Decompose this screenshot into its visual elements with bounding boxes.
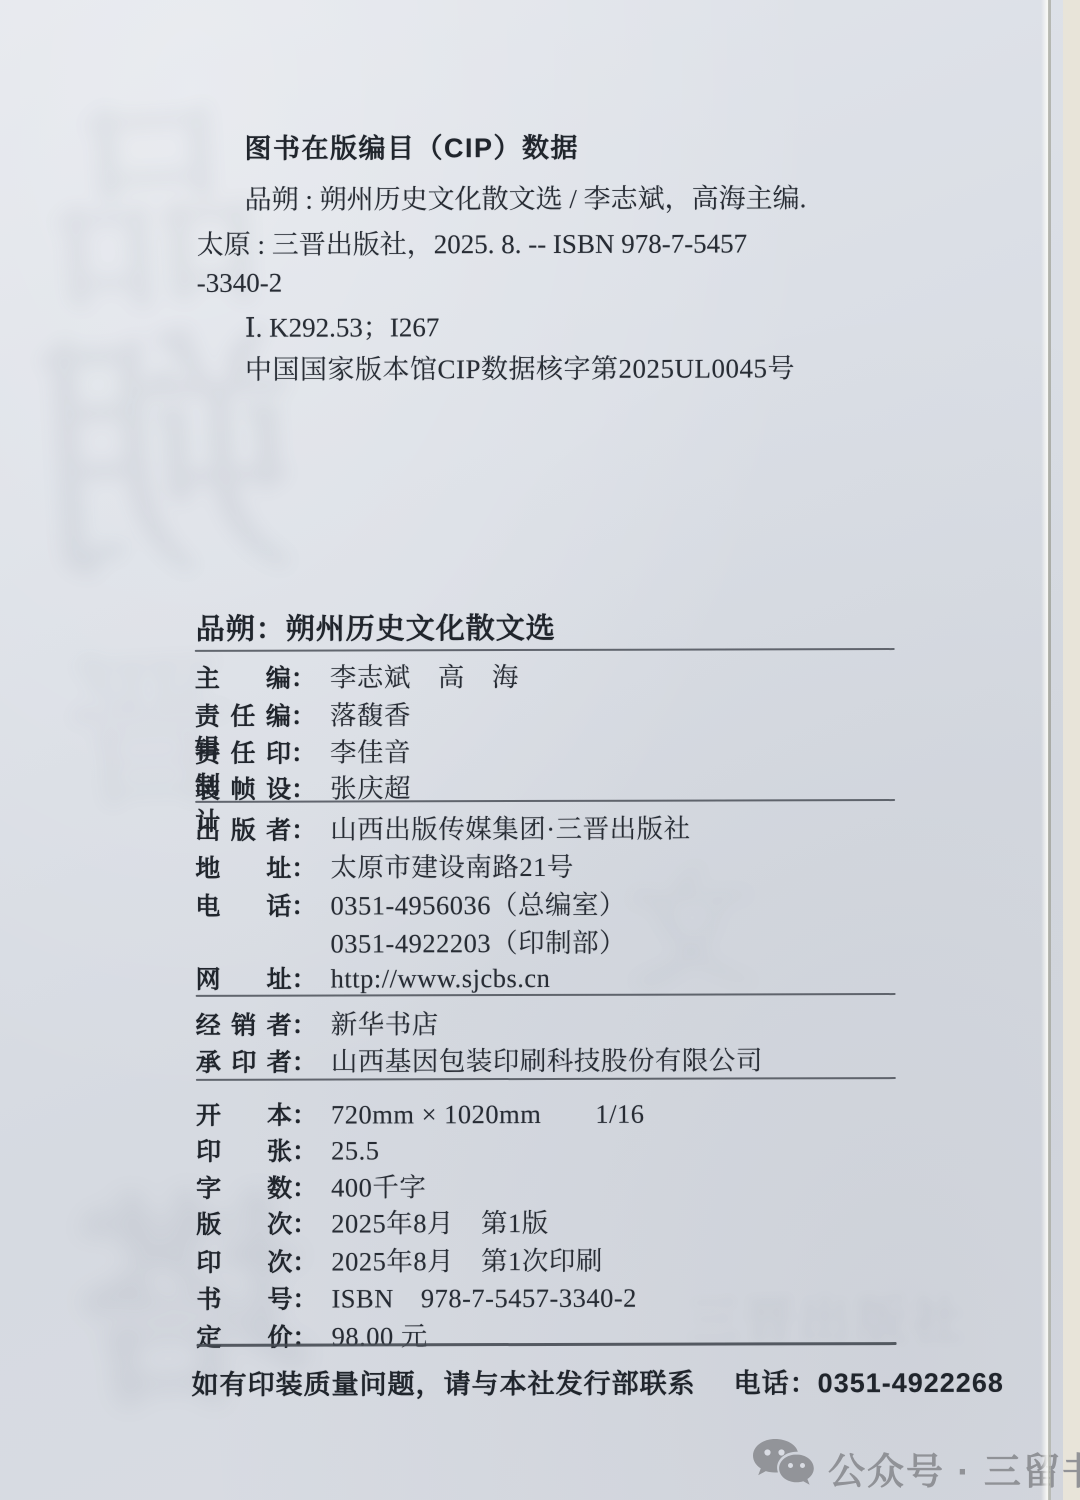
row-value: 山西基因包装印刷科技股份有限公司 bbox=[331, 1044, 763, 1077]
row-value: 太原市建设南路21号 bbox=[330, 851, 574, 884]
row-value: http://www.sjcbs.cn bbox=[331, 962, 551, 995]
divider-rule bbox=[195, 648, 895, 652]
row-label: 版次 bbox=[196, 1209, 292, 1241]
page-edge bbox=[1048, 0, 1051, 1500]
row-label: 地址 bbox=[195, 853, 291, 885]
row-value: 0351-4956036（总编室） bbox=[330, 889, 626, 922]
publisher-row: 出版者：山西出版传媒集团·三晋出版社 bbox=[195, 813, 690, 847]
quality-note-phone: 电话：0351-4922268 bbox=[734, 1368, 1004, 1399]
divider-rule bbox=[196, 993, 896, 997]
row-value: 山西出版传媒集团·三晋出版社 bbox=[330, 813, 690, 846]
row-value: 2025年8月 第1次印刷 bbox=[331, 1245, 603, 1278]
row-colon: ： bbox=[292, 1173, 317, 1205]
cip-entry-line: 太原 : 三晋出版社，2025. 8. -- ISBN 978-7-5457 bbox=[197, 221, 748, 261]
row-label: 开本 bbox=[196, 1100, 292, 1132]
row-colon: ： bbox=[292, 1322, 317, 1354]
book-page: 品 朔 晋 塔 文 三晋出版社 图书在版编目（CIP）数据 品朔 : 朔州历史文… bbox=[0, 0, 1063, 1500]
row-colon: ： bbox=[292, 1010, 317, 1042]
row-label: 经销者 bbox=[196, 1010, 292, 1042]
quality-note-text: 如有印装质量问题，请与本社发行部联系 bbox=[192, 1369, 696, 1400]
row-colon: ： bbox=[292, 1247, 317, 1279]
row-value: 25.5 bbox=[331, 1134, 379, 1166]
cip-entry-line: 品朔 : 朔州历史文化散文选 / 李志斌，高海主编. bbox=[245, 176, 807, 216]
row-colon: ： bbox=[291, 663, 316, 695]
quality-note: 如有印装质量问题，请与本社发行部联系电话：0351-4922268 bbox=[192, 1361, 1004, 1402]
row-colon: ： bbox=[291, 891, 316, 923]
row-value: ISBN 978-7-5457-3340-2 bbox=[331, 1282, 637, 1315]
wechat-watermark: 公众号 · 三留书屋 bbox=[748, 1436, 1080, 1499]
phone-row: 电话：0351-4956036（总编室） bbox=[195, 889, 626, 923]
row-label: 出版者 bbox=[195, 815, 291, 847]
row-value: 新华书店 bbox=[331, 1008, 439, 1040]
divider-rule bbox=[195, 799, 895, 803]
price-row: 定价：98.00 元 bbox=[196, 1320, 427, 1354]
cip-classification-line: Ⅰ. K292.53；I267 bbox=[245, 305, 440, 345]
phone-row-continued: ：0351-4922203（印制部） bbox=[195, 927, 626, 961]
format-row: 开本：720mm × 1020mm 1/16 bbox=[196, 1098, 645, 1132]
cip-heading: 图书在版编目（CIP）数据 bbox=[244, 126, 579, 166]
row-value: 李志斌 高 海 bbox=[330, 661, 519, 693]
row-colon: ： bbox=[292, 964, 317, 996]
sheets-row: 印张：25.5 bbox=[196, 1134, 379, 1167]
row-label: 书号 bbox=[196, 1284, 292, 1316]
row-colon: ： bbox=[292, 1209, 317, 1241]
row-label: 电话 bbox=[195, 891, 291, 923]
row-colon: ： bbox=[292, 1100, 317, 1132]
cip-entry-line: -3340-2 bbox=[197, 268, 283, 299]
staff-row-chief-editor: 主编：李志斌 高 海 bbox=[195, 661, 519, 695]
row-value: 李佳音 bbox=[330, 736, 411, 768]
cip-record-number-line: 中国国家版本馆CIP数据核字第2025UL0045号 bbox=[245, 346, 795, 386]
book-title: 品朔：朔州历史文化散文选 bbox=[196, 606, 556, 648]
row-colon: ： bbox=[291, 853, 316, 885]
website-row: 网址：http://www.sjcbs.cn bbox=[196, 962, 551, 996]
printing-row: 印次：2025年8月 第1次印刷 bbox=[196, 1245, 603, 1279]
printer-row: 承印者：山西基因包装印刷科技股份有限公司 bbox=[196, 1044, 763, 1078]
address-row: 地址：太原市建设南路21号 bbox=[195, 851, 574, 885]
row-label: 网址 bbox=[196, 964, 292, 996]
row-value: 0351-4922203（印制部） bbox=[330, 927, 626, 960]
isbn-row: 书号：ISBN 978-7-5457-3340-2 bbox=[196, 1282, 637, 1316]
row-colon: ： bbox=[291, 815, 316, 847]
edition-row: 版次：2025年8月 第1版 bbox=[196, 1207, 549, 1241]
row-colon: ： bbox=[292, 1284, 317, 1316]
row-value: 720mm × 1020mm 1/16 bbox=[331, 1098, 645, 1131]
row-label: 字数 bbox=[196, 1173, 292, 1205]
row-colon: ： bbox=[292, 1047, 317, 1079]
row-value: 400千字 bbox=[331, 1171, 426, 1203]
page-content: 图书在版编目（CIP）数据 品朔 : 朔州历史文化散文选 / 李志斌，高海主编.… bbox=[0, 0, 1065, 1500]
row-colon: ： bbox=[291, 738, 316, 770]
row-colon: ： bbox=[291, 701, 316, 733]
row-label: 印张 bbox=[196, 1136, 292, 1168]
row-colon: ： bbox=[292, 1136, 317, 1168]
row-value: 98.00 元 bbox=[332, 1320, 428, 1352]
divider-rule bbox=[197, 1342, 897, 1347]
distributor-row: 经销者：新华书店 bbox=[196, 1008, 439, 1042]
row-value: 落馥香 bbox=[330, 699, 411, 731]
row-value: 2025年8月 第1版 bbox=[331, 1207, 549, 1240]
divider-rule bbox=[196, 1077, 896, 1081]
wechat-icon bbox=[748, 1436, 818, 1499]
row-label: 承印者 bbox=[196, 1047, 292, 1079]
row-label: 主编 bbox=[195, 663, 291, 695]
row-label: 印次 bbox=[196, 1247, 292, 1279]
row-label: 定价 bbox=[196, 1322, 292, 1354]
word-count-row: 字数：400千字 bbox=[196, 1171, 426, 1205]
